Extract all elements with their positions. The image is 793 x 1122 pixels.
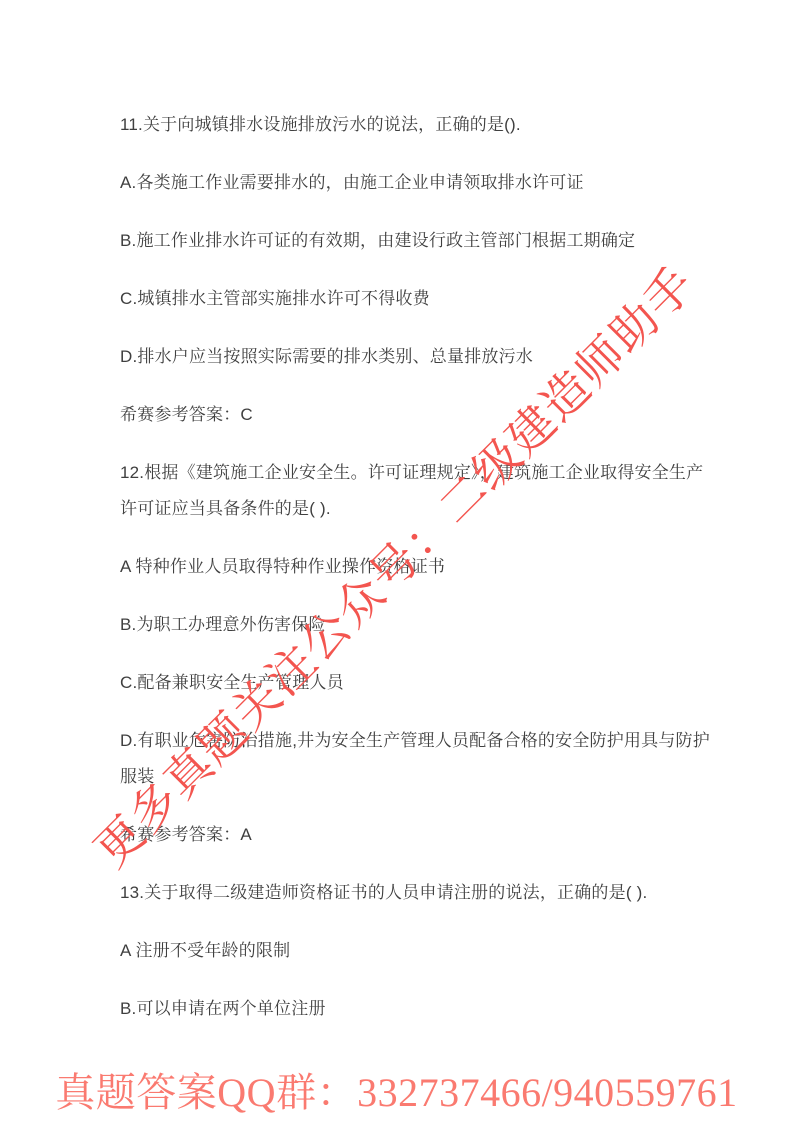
question-12-option-a: A 特种作业人员取得特种作业操作资格证书 (120, 549, 720, 585)
question-13-title: 13.关于取得二级建造师资格证书的人员申请注册的说法，正确的是( ). (120, 875, 720, 911)
question-12-option-c: C.配备兼职安全生产管理人员 (120, 665, 720, 701)
question-11: 11.关于向城镇排水设施排放污水的说法，正确的是(). A.各类施工作业需要排水… (120, 107, 720, 433)
question-13-option-a: A 注册不受年龄的限制 (120, 933, 720, 969)
question-13-option-b: B.可以申请在两个单位注册 (120, 991, 720, 1027)
question-11-title: 11.关于向城镇排水设施排放污水的说法，正确的是(). (120, 107, 720, 143)
question-12-option-b: B.为职工办理意外伤害保险 (120, 607, 720, 643)
question-13: 13.关于取得二级建造师资格证书的人员申请注册的说法，正确的是( ). A 注册… (120, 875, 720, 1027)
question-11-option-b: B.施工作业排水许可证的有效期，由建设行政主管部门根据工期确定 (120, 223, 720, 259)
exam-document-page: 11.关于向城镇排水设施排放污水的说法，正确的是(). A.各类施工作业需要排水… (0, 0, 793, 1122)
question-12-title: 12.根据《建筑施工企业安全生。许可证理规定》，建筑施工企业取得安全生产 许可证… (120, 455, 720, 527)
question-11-option-a: A.各类施工作业需要排水的，由施工企业申请领取排水许可证 (120, 165, 720, 201)
question-11-option-d: D.排水户应当按照实际需要的排水类别、总量排放污水 (120, 339, 720, 375)
question-12: 12.根据《建筑施工企业安全生。许可证理规定》，建筑施工企业取得安全生产 许可证… (120, 455, 720, 853)
question-12-answer: 希赛参考答案：A (120, 817, 720, 853)
question-11-answer: 希赛参考答案：C (120, 397, 720, 433)
question-12-option-d: D.有职业危害防治措施,井为安全生产管理人员配备合格的安全防护用具与防护 服装 (120, 723, 720, 795)
footer-qq-group-text: 真题答案QQ群：332737466/940559761 (0, 1069, 793, 1117)
questions-area: 11.关于向城镇排水设施排放污水的说法，正确的是(). A.各类施工作业需要排水… (120, 107, 720, 1049)
question-11-option-c: C.城镇排水主管部实施排水许可不得收费 (120, 281, 720, 317)
